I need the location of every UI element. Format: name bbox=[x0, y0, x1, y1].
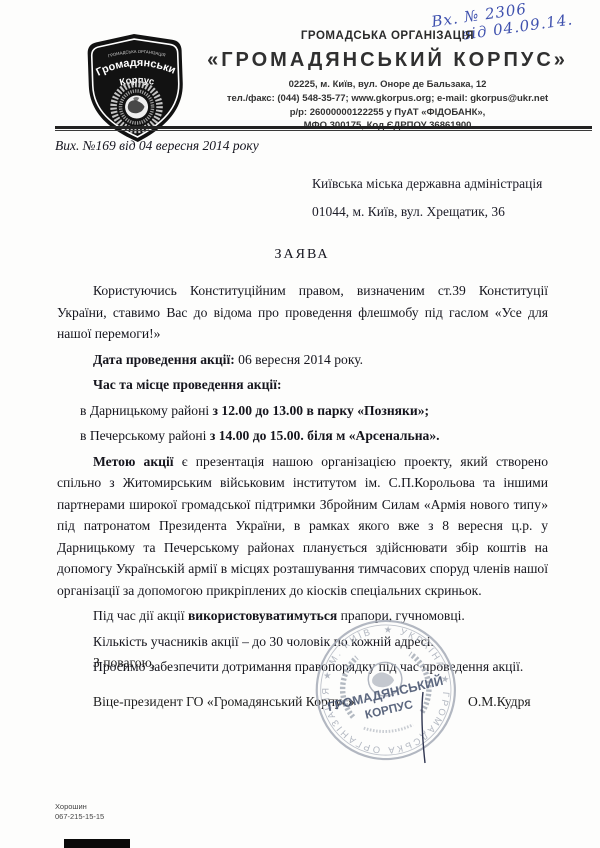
signature-pen-stroke bbox=[416, 690, 430, 765]
location-1-time-place: з 12.00 до 13.00 в парку «Позняки»; bbox=[213, 403, 429, 418]
addressee-name: Київська міська державна адміністрація bbox=[312, 170, 582, 198]
goal-label: Метою акції bbox=[93, 454, 174, 469]
event-date-label: Дата проведення акції: bbox=[93, 352, 235, 367]
org-type-label: ГРОМАДСЬКА ОРГАНІЗАЦІЯ bbox=[185, 30, 590, 42]
salutation: З повагою, bbox=[93, 655, 155, 671]
paragraph-goal: Метою акції є презентація нашою організа… bbox=[57, 451, 548, 602]
letterhead: ГРОМАДСЬКА ОРГАНІЗАЦІЯ «ГРОМАДЯНСЬКИЙ КО… bbox=[185, 30, 590, 133]
addressee-address: 01044, м. Київ, вул. Хрещатик, 36 bbox=[312, 198, 582, 226]
line-equipment: Під час дії акції використовуватимуться … bbox=[57, 605, 548, 627]
org-contacts-line: тел./факс: (044) 548-35-77; www.gkorpus.… bbox=[185, 92, 590, 106]
location-2-district: в Печерському районі bbox=[80, 428, 210, 443]
org-address-line: 02225, м. Київ, вул. Оноре де Бальзака, … bbox=[185, 78, 590, 92]
scanned-letter-page: ГРОМАДСЬКА ОРГАНІЗАЦІЯ Громадянський Кор… bbox=[0, 0, 600, 848]
equipment-prefix: Під час дії акції bbox=[93, 608, 188, 623]
org-round-stamp: ★ УКРАЇНА ★ ГРОМАДСЬКА ОРГАНІЗАЦІЯ ★ М. … bbox=[307, 611, 465, 774]
executor-name: Хорошин bbox=[55, 802, 104, 812]
org-name: «ГРОМАДЯНСЬКИЙ КОРПУС» bbox=[185, 49, 590, 72]
line-location-2: в Печерському районі з 14.00 до 15.00. б… bbox=[57, 425, 548, 447]
executor-note: Хорошин 067-215-15-15 bbox=[55, 802, 104, 822]
goal-text: є презентація нашою організацією проекту… bbox=[57, 454, 548, 598]
line-participants: Кількість учасників акції – до 30 чолові… bbox=[57, 631, 548, 653]
signer-name: О.М.Кудря bbox=[468, 694, 531, 710]
event-date-value: 06 вересня 2014 року. bbox=[235, 352, 363, 367]
org-bank-line: р/р: 26000000122255 у ПуАТ «ФІДОБАНК», bbox=[185, 106, 590, 120]
scan-artifact-bar bbox=[64, 839, 130, 848]
paragraph-intro: Користуючись Конституційним правом, визн… bbox=[57, 280, 548, 345]
line-event-date: Дата проведення акції: 06 вересня 2014 р… bbox=[57, 349, 548, 371]
line-time-place-label: Час та місце проведення акції: bbox=[57, 374, 548, 396]
org-shield-logo: ГРОМАДСЬКА ОРГАНІЗАЦІЯ Громадянський Кор… bbox=[82, 30, 190, 152]
letter-body: Користуючись Конституційним правом, визн… bbox=[57, 280, 548, 682]
executor-phone: 067-215-15-15 bbox=[55, 812, 104, 822]
letterhead-divider bbox=[55, 126, 592, 131]
time-place-label: Час та місце проведення акції: bbox=[93, 377, 282, 392]
addressee-block: Київська міська державна адміністрація 0… bbox=[312, 170, 582, 226]
location-2-time-place: з 14.00 до 15.00. біля м «Арсенальна». bbox=[210, 428, 440, 443]
line-location-1: в Дарницькому районі з 12.00 до 13.00 в … bbox=[57, 400, 548, 422]
document-title: ЗАЯВА bbox=[55, 247, 549, 263]
outgoing-ref-line: Вих. №169 від 04 вересня 2014 року bbox=[55, 138, 259, 154]
stamp-icon: ★ УКРАЇНА ★ ГРОМАДСЬКА ОРГАНІЗАЦІЯ ★ М. … bbox=[307, 611, 465, 769]
location-1-district: в Дарницькому районі bbox=[80, 403, 213, 418]
